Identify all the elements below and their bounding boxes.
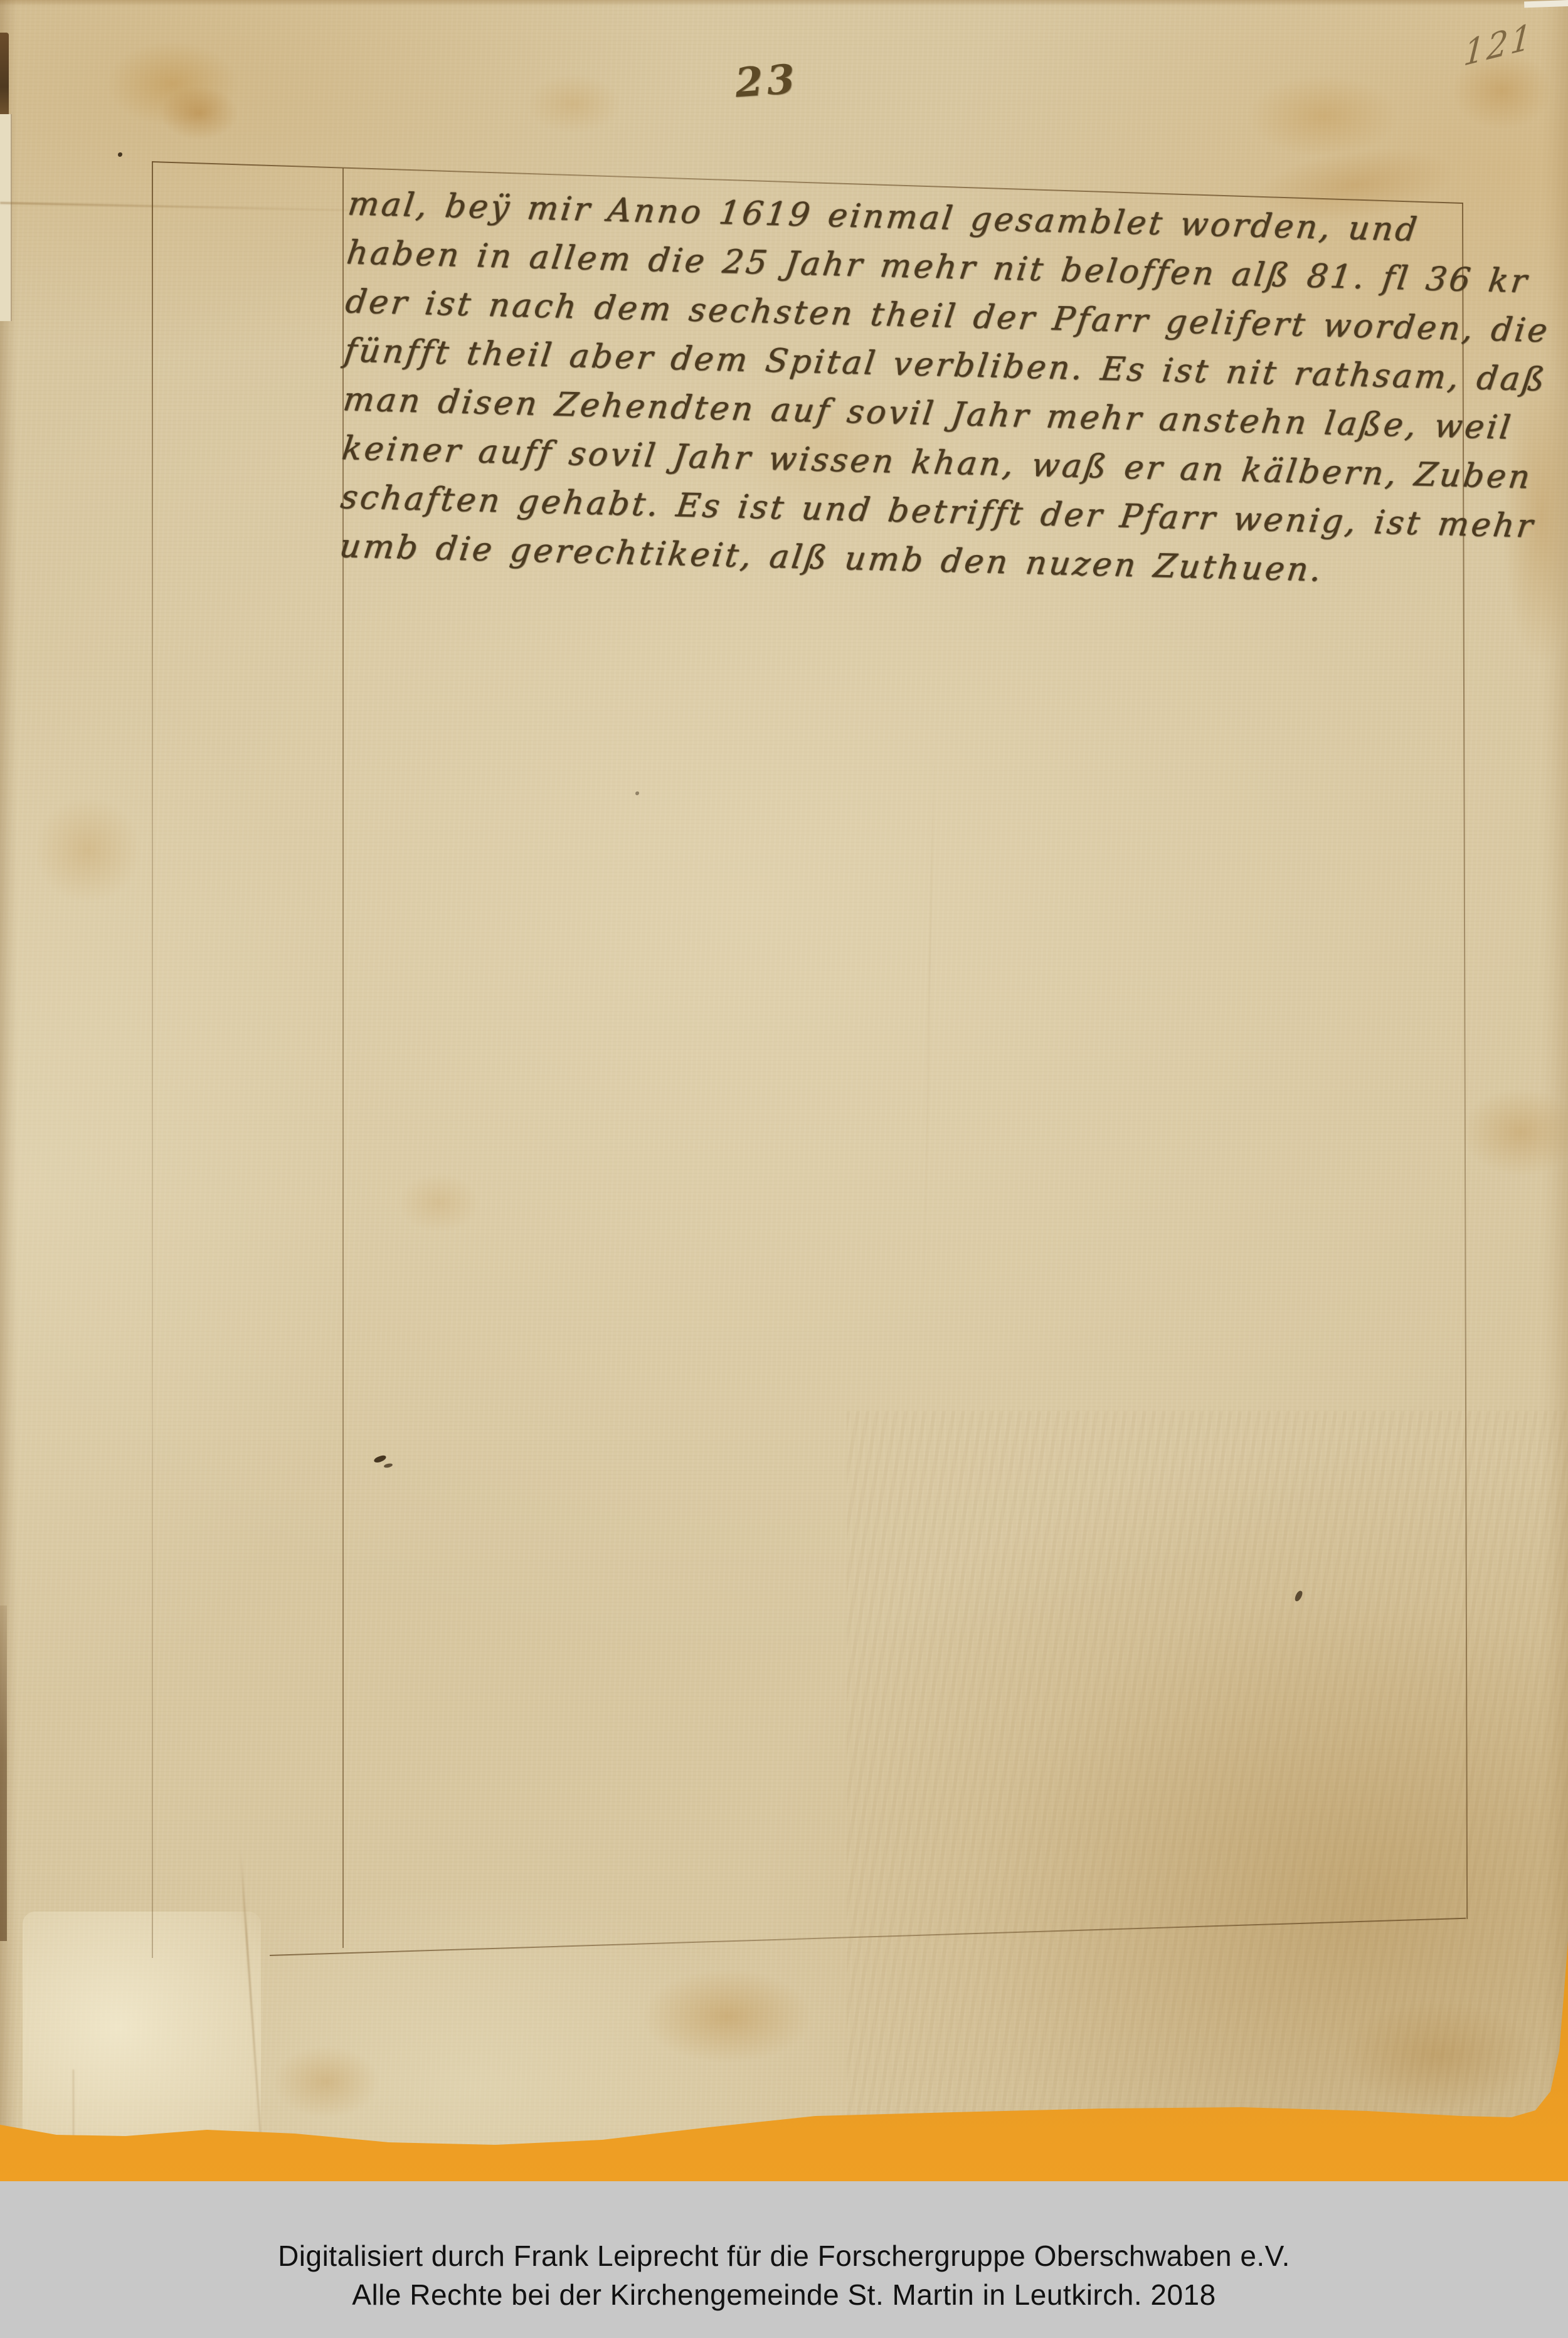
digitization-credit-bar: Digitalisiert durch Frank Leiprecht für … xyxy=(0,2181,1568,2338)
ink-speck xyxy=(384,1463,393,1468)
crease xyxy=(73,2070,74,2142)
stain xyxy=(527,74,621,134)
digitization-credit-text: Digitalisiert durch Frank Leiprecht für … xyxy=(0,2181,1568,2314)
stain xyxy=(643,1969,812,2063)
manuscript-text-block: mal, beÿ mir Anno 1619 einmal gesamblet … xyxy=(339,179,1453,598)
paper-patch xyxy=(23,1912,261,2142)
stain xyxy=(160,87,238,140)
stain xyxy=(1248,75,1399,157)
credit-line-1: Digitalisiert durch Frank Leiprecht für … xyxy=(0,2236,1568,2275)
ink-speck xyxy=(118,152,122,157)
stain xyxy=(273,2046,379,2118)
parchment-page: 23 121 mal, beÿ mir Anno 1619 einmal ges… xyxy=(0,0,1568,2152)
ink-speck xyxy=(373,1454,387,1464)
stain xyxy=(398,1173,480,1232)
manuscript-scan: 23 121 mal, beÿ mir Anno 1619 einmal ges… xyxy=(0,0,1568,2338)
credit-line-2: Alle Rechte bei der Kirchengemeinde St. … xyxy=(0,2275,1568,2314)
stain xyxy=(34,796,141,903)
stain xyxy=(1342,2001,1537,2110)
folio-number-center: 23 xyxy=(734,56,800,107)
page-edge-top xyxy=(0,0,1568,6)
underlying-page-edge xyxy=(0,114,12,321)
binding-gutter-shadow xyxy=(0,33,9,124)
binding-gutter-shadow-lower xyxy=(0,1605,7,1941)
frame-left-line xyxy=(152,161,153,1958)
ink-speck xyxy=(635,791,639,795)
stain xyxy=(1461,1088,1568,1176)
crease xyxy=(923,740,935,1304)
